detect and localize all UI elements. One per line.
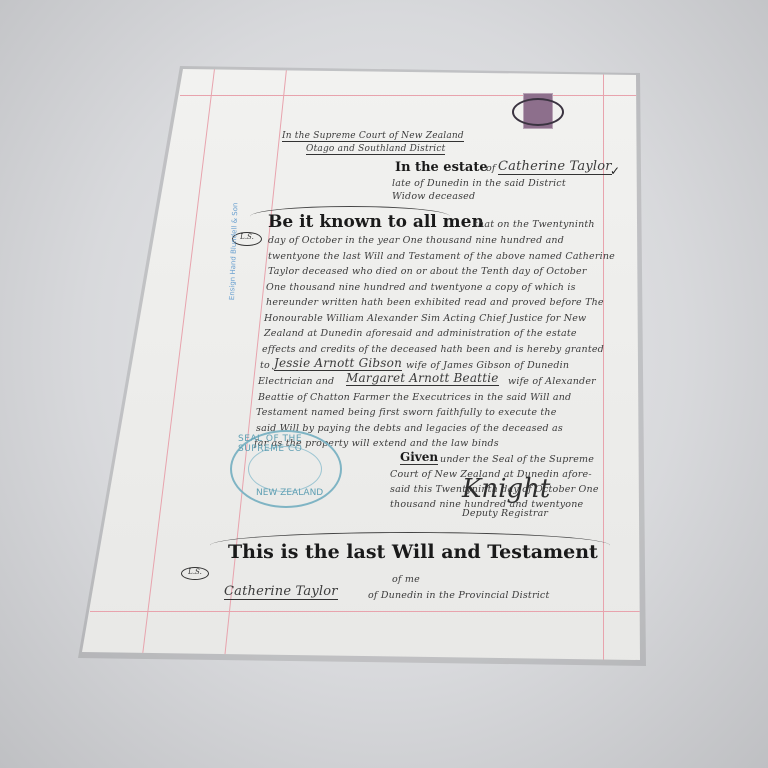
will-heading: This is the last Will and Testament [228, 541, 598, 563]
body-line: Testament named being first sworn faithf… [256, 407, 557, 418]
body-line: day of October in the year One thousand … [268, 235, 564, 246]
court-heading-line2: Otago and Southland District [306, 144, 445, 155]
of-me: of me [392, 574, 420, 585]
to-label: to [260, 360, 270, 371]
body-line: hereunder written hath been exhibited re… [266, 297, 604, 308]
estate-name: Catherine Taylor [498, 159, 612, 175]
body-line: Electrician and [258, 376, 334, 387]
estate-heading: In the estate [395, 160, 488, 175]
body-line: Zealand at Dunedin aforesaid and adminis… [264, 328, 577, 339]
executrix-2-name: Margaret Arnott Beattie [346, 371, 499, 386]
seal-text-bottom: NEW ZEALAND [256, 488, 323, 498]
body-line: wife of Alexander [508, 376, 596, 387]
estate-status: Widow deceased [392, 191, 475, 202]
testator-residence: of Dunedin in the Provincial District [368, 590, 549, 601]
testator-name: Catherine Taylor [224, 584, 338, 600]
checkmark-icon: ✓ [610, 164, 620, 178]
estate-of: of [486, 163, 496, 174]
document-photo: In the Supreme Court of New Zealand Otag… [0, 0, 768, 768]
body-line: twentyone the last Will and Testament of… [268, 251, 615, 262]
body-line: One thousand nine hundred and twentyone … [266, 282, 576, 293]
body-line: Honourable William Alexander Sim Acting … [264, 313, 586, 324]
given-heading: Given [400, 450, 438, 465]
signature-title: Deputy Registrar [462, 508, 548, 519]
seal-text-top: SEAL OF THE SUPREME CO [238, 434, 340, 454]
rule-top [180, 95, 640, 96]
body-line: effects and credits of the deceased hath… [262, 344, 604, 355]
executrix-1-name: Jessie Arnott Gibson [274, 356, 402, 371]
stamp-cancellation-mark [512, 98, 564, 126]
given-line: under the Seal of the Supreme [440, 454, 594, 465]
court-heading-line1: In the Supreme Court of New Zealand [282, 131, 464, 142]
body-line: that on the Twentyninth [474, 219, 595, 230]
be-it-known-heading: Be it known to all men [268, 212, 484, 232]
estate-residence: late of Dunedin in the said District [392, 178, 566, 189]
body-line: Taylor deceased who died on or about the… [268, 266, 587, 277]
margin-oval-ls: L.S. [181, 567, 209, 580]
court-seal-stamp: SEAL OF THE SUPREME CO NEW ZEALAND [230, 430, 342, 508]
rule-bottom [90, 611, 640, 612]
registrar-signature: Knight [462, 474, 550, 504]
body-line: wife of James Gibson of Dunedin [406, 360, 569, 371]
body-line: Beattie of Chatton Farmer the Executrice… [258, 392, 571, 403]
